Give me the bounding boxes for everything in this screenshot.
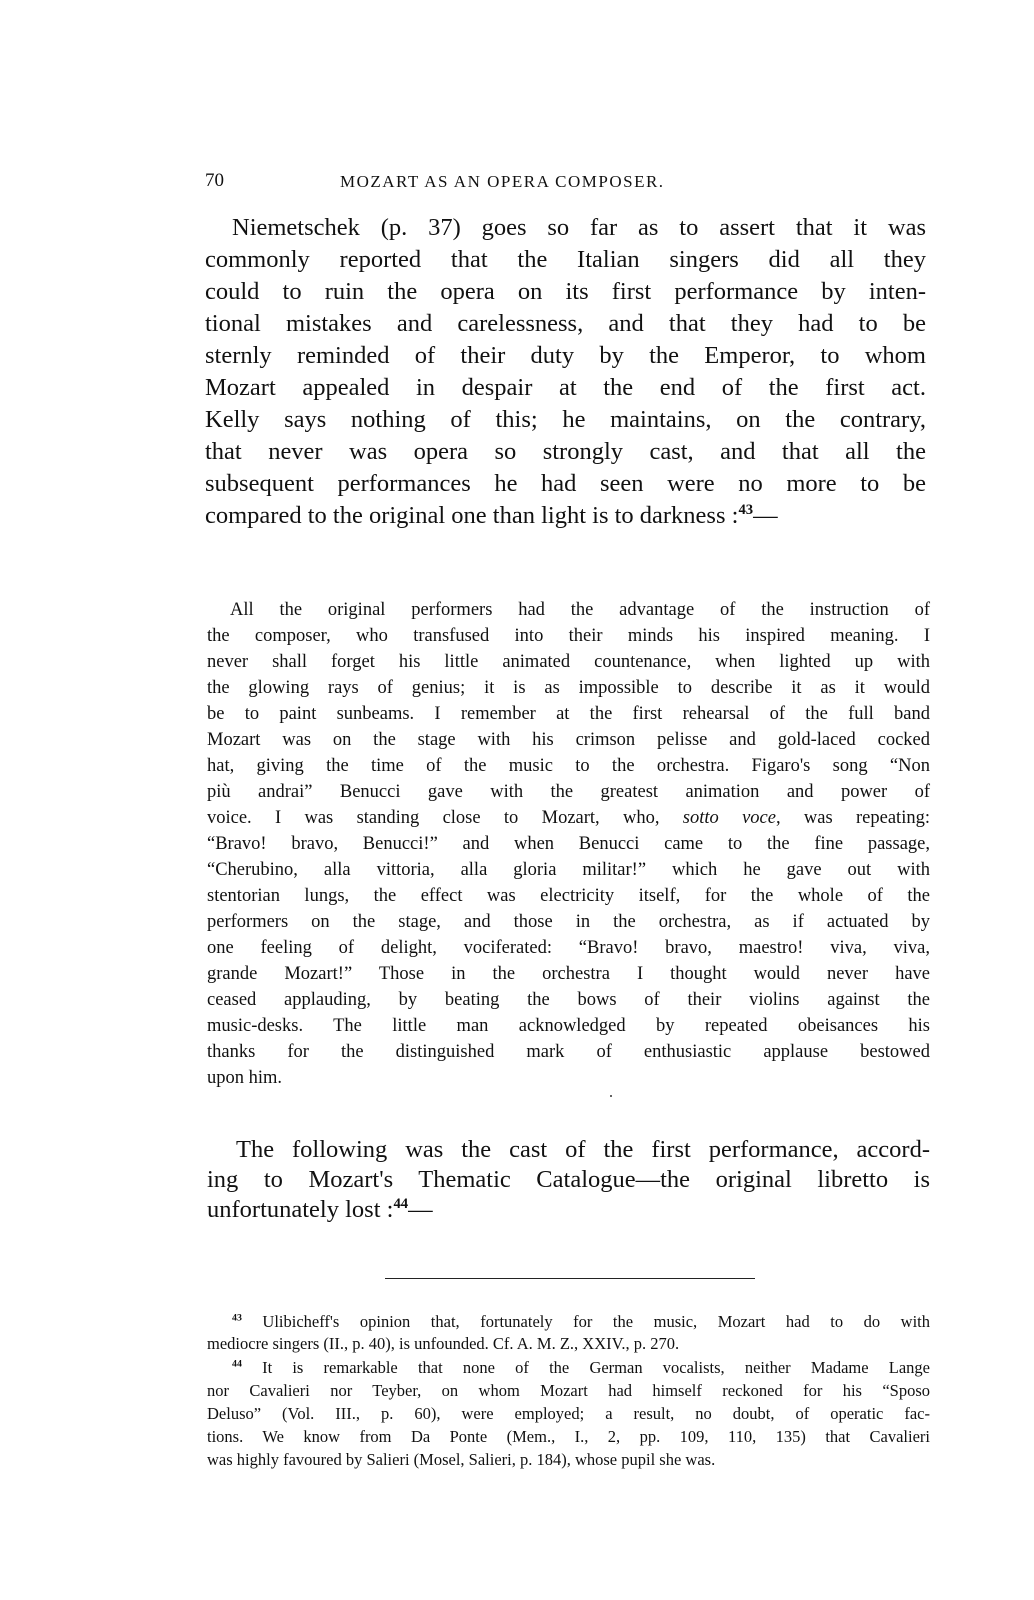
quote-line: hat, giving the time of the music to the… (207, 756, 930, 777)
footnote-marker: 44 (232, 1359, 242, 1370)
quote-text: voice. I was standing close to Mozart, w… (207, 808, 683, 828)
quote-line: performers on the stage, and those in th… (207, 912, 930, 933)
footnote-marker: 43 (232, 1313, 242, 1324)
quote-line: upon him. (207, 1068, 282, 1089)
footnote-line: tions. We know from Da Ponte (Mem., I., … (207, 1427, 930, 1447)
quote-line: “Bravo! bravo, Benucci!” and when Benucc… (207, 834, 930, 855)
quote-text: , was repeating: (776, 808, 930, 828)
quote-line: “Cherubino, alla vittoria, alla gloria m… (207, 860, 930, 881)
text-line: Mozart appealed in despair at the end of… (205, 374, 926, 402)
dash: — (753, 502, 778, 529)
text-line: sternly reminded of their duty by the Em… (205, 342, 926, 370)
text-line: The following was the cast of the first … (236, 1136, 930, 1164)
footnote-44: 44 It is remarkable that none of the Ger… (232, 1358, 930, 1378)
quote-line: All the original performers had the adva… (230, 600, 930, 621)
text-line: that never was opera so strongly cast, a… (205, 438, 926, 466)
footnote-43: 43 Ulibicheff's opinion that, fortunatel… (232, 1312, 930, 1332)
footnote-line: mediocre singers (II., p. 40), is unfoun… (207, 1334, 679, 1354)
quote-line: music-desks. The little man acknowledged… (207, 1016, 930, 1037)
footnote-text: It is remarkable that none of the German… (242, 1358, 930, 1377)
quote-line: più andrai” Benucci gave with the greate… (207, 782, 930, 803)
quote-line: ceased applauding, by beating the bows o… (207, 990, 930, 1011)
text-line-last: unfortunately lost :44— (207, 1196, 433, 1224)
text-line: compared to the original one than light … (205, 502, 738, 529)
quote-line: thanks for the distinguished mark of ent… (207, 1042, 930, 1063)
quote-line: Mozart was on the stage with his crimson… (207, 730, 930, 751)
footnote-separator (385, 1278, 755, 1279)
quote-line: one feeling of delight, vociferated: “Br… (207, 938, 930, 959)
text-line: Kelly says nothing of this; he maintains… (205, 406, 926, 434)
footnote-line: Deluso” (Vol. III., p. 60), were employe… (207, 1404, 930, 1424)
footnote-line: was highly favoured by Salieri (Mosel, S… (207, 1450, 715, 1470)
text-line: Niemetschek (p. 37) goes so far as to as… (232, 214, 926, 242)
quote-line: be to paint sunbeams. I remember at the … (207, 704, 930, 725)
text-line: unfortunately lost : (207, 1196, 393, 1223)
book-page: 70 MOZART AS AN OPERA COMPOSER. Niemetsc… (0, 0, 1034, 1600)
page-number: 70 (205, 170, 224, 192)
text-line: could to ruin the opera on its first per… (205, 278, 926, 306)
footnote-ref-43[interactable]: 43 (738, 502, 753, 518)
quote-line: never shall forget his little animated c… (207, 652, 930, 673)
text-line-last: compared to the original one than light … (205, 502, 778, 530)
footnote-text: Ulibicheff's opinion that, fortunately f… (242, 1312, 930, 1331)
footnote-line: nor Cavalieri nor Teyber, on whom Mozart… (207, 1381, 930, 1401)
footnote-ref-44[interactable]: 44 (393, 1196, 408, 1212)
quote-line: the composer, who transfused into their … (207, 626, 930, 647)
quote-line: voice. I was standing close to Mozart, w… (207, 808, 930, 829)
text-line: subsequent performances he had seen were… (205, 470, 926, 498)
page-header: 70 MOZART AS AN OPERA COMPOSER. (205, 170, 945, 200)
quote-line: grande Mozart!” Those in the orchestra I… (207, 964, 930, 985)
dash: — (408, 1196, 433, 1223)
text-line: tional mistakes and carelessness, and th… (205, 310, 926, 338)
text-line: ing to Mozart's Thematic Catalogue—the o… (207, 1166, 930, 1194)
running-title: MOZART AS AN OPERA COMPOSER. (340, 172, 665, 192)
text-line: commonly reported that the Italian singe… (205, 246, 926, 274)
quote-line: stentorian lungs, the effect was electri… (207, 886, 930, 907)
speck (610, 1095, 612, 1097)
italic-phrase: sotto voce (683, 808, 776, 828)
quote-line: the glowing rays of genius; it is as imp… (207, 678, 930, 699)
